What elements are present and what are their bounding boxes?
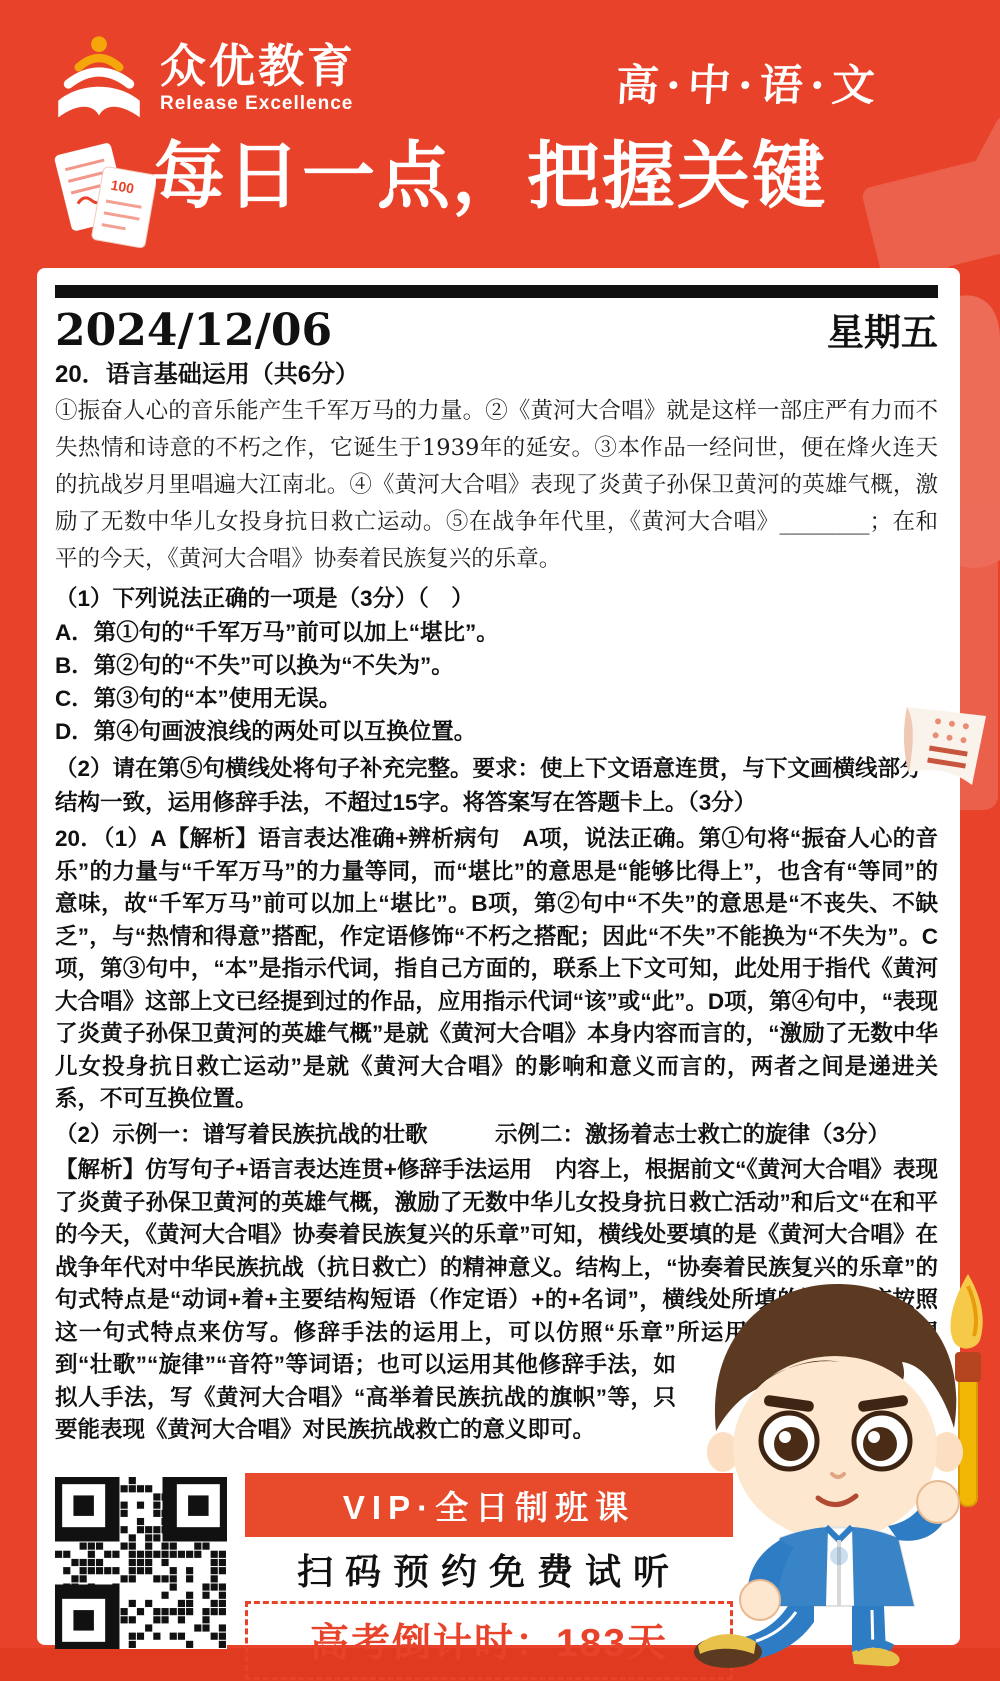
paper-notes-icon: 100	[52, 134, 156, 256]
answer-1: 20．（1）A【解析】语言表达准确+辨析病句 A项，说法正确。第①句将“振奋人心…	[55, 823, 938, 1116]
scan-label: 扫码预约免费试听	[245, 1544, 733, 1595]
paper-corner-icon	[878, 688, 994, 806]
option-c: C．第③句的“本”使用无误。	[55, 682, 938, 715]
boy-mascot	[676, 1256, 1000, 1668]
subject-title: 高·中·语·文	[614, 52, 883, 113]
date-label: 2024/12/06	[55, 309, 332, 353]
header: 众优教育 Release Excellence 高·中·语·文	[0, 0, 1000, 125]
question-title: 20．语言基础运用（共6分）	[55, 360, 938, 390]
date-row: 2024/12/06 星期五	[55, 302, 938, 356]
option-b: B．第②句的“不失”可以换为“不失为”。	[55, 649, 938, 682]
brand-logo: 众优教育 Release Excellence	[52, 34, 356, 122]
qr-code	[55, 1477, 227, 1649]
divider-bar	[55, 285, 938, 298]
question-1: （1）下列说法正确的一项是（3分）（ ）	[55, 582, 938, 616]
answer-2: （2）示例一：谱写着民族抗战的壮歌 示例二：激扬着志士救亡的旋律（3分）	[55, 1119, 938, 1152]
countdown-box: 高考倒计时：183天	[245, 1601, 733, 1680]
book-logo-icon	[52, 34, 146, 122]
slogan-text: 每日一点，把握关键	[152, 130, 827, 225]
option-d: D．第④句画波浪线的两处可以互换位置。	[55, 715, 938, 748]
vip-banner: VIP·全日制班课	[245, 1473, 733, 1537]
question-2: （2）请在第⑤句横线处将句子补充完整。要求：使上下文语意连贯，与下文画横线部分结…	[55, 752, 938, 820]
slogan-banner: 100 每日一点，把握关键	[0, 122, 1000, 252]
passage-text: ①振奋人心的音乐能产生千军万马的力量。②《黄河大合唱》就是这样一部庄严有力而不失…	[55, 393, 938, 578]
brand-tagline: Release Excellence	[160, 93, 356, 115]
brand-name: 众优教育	[160, 41, 356, 92]
option-a: A．第①句的“千军万马”前可以加上“堪比”。	[55, 616, 938, 649]
weekday-label: 星期五	[827, 302, 938, 356]
